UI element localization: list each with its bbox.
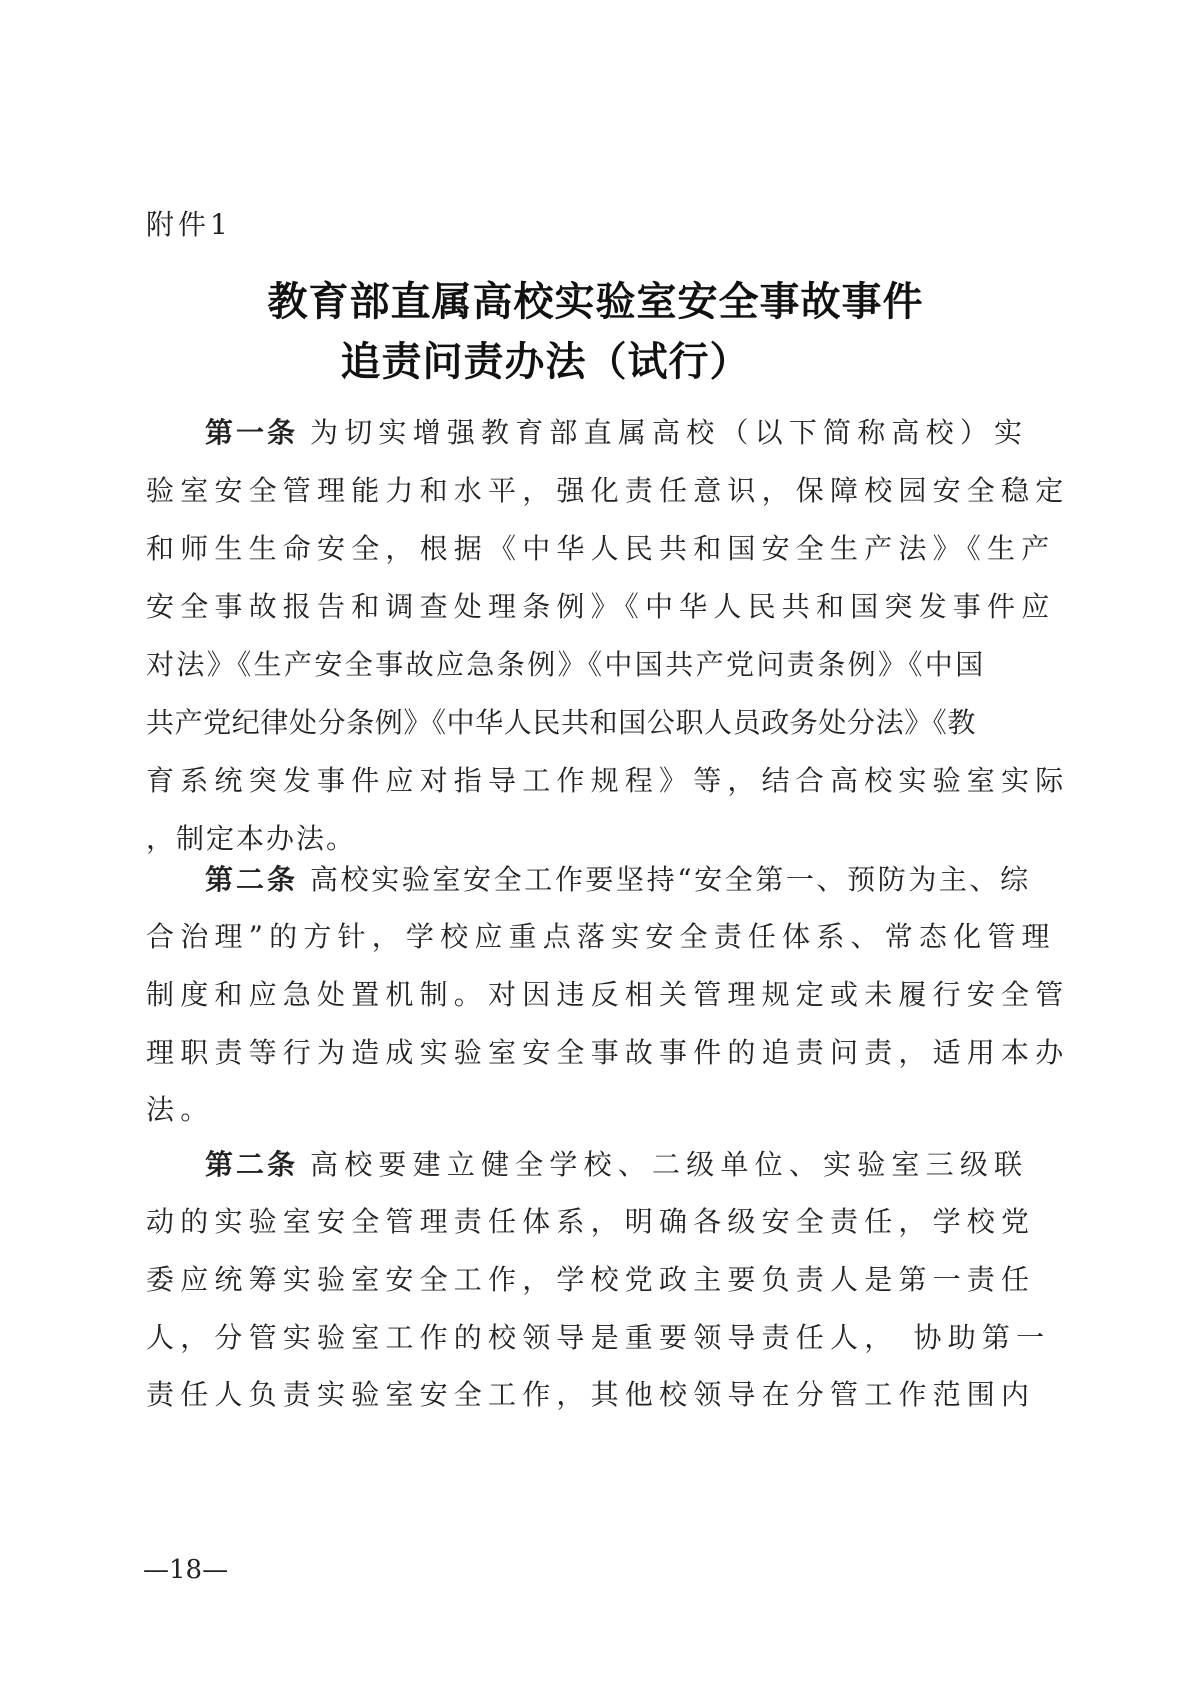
article-1-line-6: 共产党纪律处分条例》《中华人民共和国公职人员政务处分法》《教 bbox=[146, 705, 976, 741]
article-3-line-1: 第二条高校要建立健全学校、二级单位、实验室三级联 bbox=[205, 1147, 975, 1183]
article-1-line-3: 和师生生命安全，根据《中华人民共和国安全生产法》《生产 bbox=[146, 531, 976, 567]
article-2-line-3: 制度和应急处置机制。对因违反相关管理规定或未履行安全管 bbox=[146, 977, 976, 1013]
article-1-text: 为切实增强教育部直属高校（以下简称高校）实 bbox=[310, 416, 1028, 449]
page-number: —18— bbox=[143, 1555, 228, 1585]
article-2-lead: 第二条 bbox=[205, 863, 298, 896]
article-3-line-5: 责任人负责实验室安全工作，其他校领导在分管工作范围内 bbox=[146, 1377, 976, 1413]
article-2-line-2: 合治理”的方针，学校应重点落实安全责任体系、常态化管理 bbox=[146, 919, 976, 955]
document-title-line-1: 教育部直属高校实验室安全事故事件 bbox=[60, 270, 1131, 327]
document-page: 附件1 教育部直属高校实验室安全事故事件 追责问责办法（试行） 第一条为切实增强… bbox=[0, 0, 1191, 1684]
article-3-line-2: 动的实验室安全管理责任体系，明确各级安全责任，学校党 bbox=[146, 1204, 976, 1240]
article-3-lead: 第二条 bbox=[205, 1148, 298, 1181]
attachment-label: 附件1 bbox=[146, 203, 232, 243]
article-1-line-8: ，制定本办法。 bbox=[146, 821, 976, 857]
article-2-line-5: 法。 bbox=[146, 1092, 976, 1128]
document-title-line-2: 追责问责办法（试行） bbox=[10, 330, 1081, 387]
article-3-text: 高校要建立健全学校、二级单位、实验室三级联 bbox=[310, 1148, 1028, 1181]
article-2-text: 高校实验室安全工作要坚持“安全第一、预防为主、综 bbox=[310, 863, 1031, 896]
article-2-line-4: 理职责等行为造成实验室安全事故事件的追责问责，适用本办 bbox=[146, 1035, 976, 1071]
article-1-line-5: 对法》《生产安全事故应急条例》《中国共产党问责条例》《中国 bbox=[146, 647, 976, 683]
article-1-line-1: 第一条为切实增强教育部直属高校（以下简称高校）实 bbox=[205, 415, 975, 451]
article-3-line-3: 委应统筹实验室安全工作，学校党政主要负责人是第一责任 bbox=[146, 1262, 976, 1298]
article-1-line-4: 安全事故报告和调查处理条例》《中华人民共和国突发事件应 bbox=[146, 589, 976, 625]
article-1-line-7: 育系统突发事件应对指导工作规程》等，结合高校实验室实际 bbox=[146, 763, 976, 799]
article-3-line-4: 人，分管实验室工作的校领导是重要领导责任人， 协助第一 bbox=[146, 1320, 976, 1356]
article-2-line-1: 第二条高校实验室安全工作要坚持“安全第一、预防为主、综 bbox=[205, 862, 975, 898]
article-1-line-2: 验室安全管理能力和水平，强化责任意识，保障校园安全稳定 bbox=[146, 473, 976, 509]
article-1-lead: 第一条 bbox=[205, 416, 298, 449]
